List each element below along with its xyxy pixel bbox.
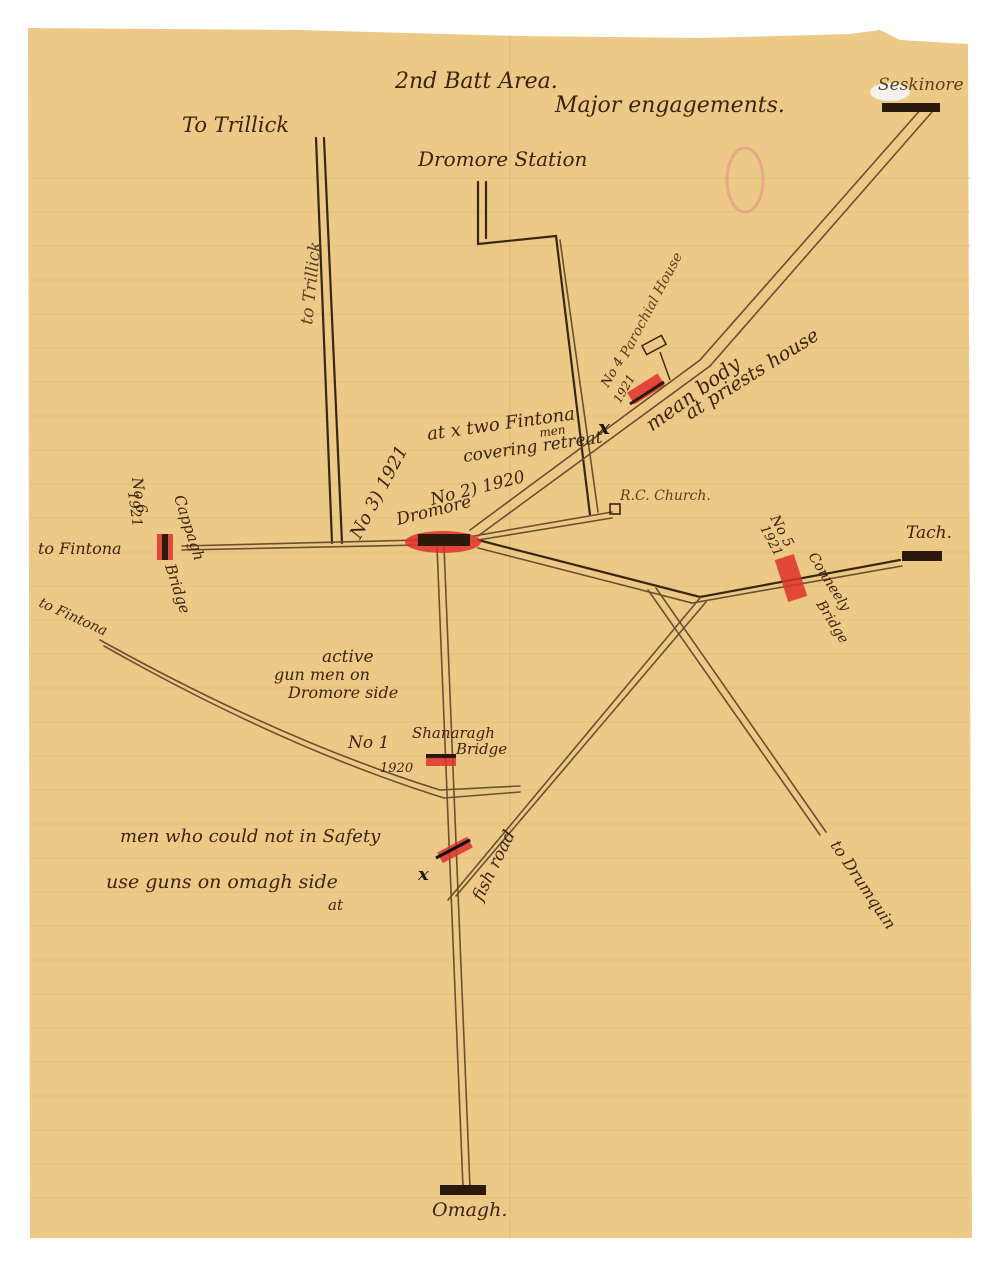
label-seskinore: Seskinore [878, 75, 964, 95]
title-line-1: 2nd Batt Area. [394, 69, 558, 94]
annotation-active-2: gun men on [274, 665, 370, 684]
label-no1-year: 1920 [380, 761, 413, 776]
label-no1-number: No 1 [347, 733, 389, 753]
label-to-trillick: To Trillick [182, 113, 289, 137]
town-bar-seskinore [882, 103, 940, 112]
town-bar-omagh [440, 1185, 486, 1195]
annotation-omagh-side-3: at [328, 896, 344, 914]
title-line-2: Major engagements. [554, 93, 785, 118]
map-sheet: 2nd Batt Area. Major engagements. Seskin… [0, 0, 1000, 1264]
town-bar-tach [902, 551, 942, 561]
annotation-omagh-side-2: use guns on omagh side [106, 871, 338, 893]
cross-marker-omagh: x [417, 864, 429, 885]
label-rc-church: R.C. Church. [619, 488, 711, 504]
label-omagh: Omagh. [432, 1199, 507, 1221]
label-to-fintona-west: to Fintona [38, 539, 122, 558]
annotation-active-1: active [322, 647, 374, 667]
cross-marker-fintona: x [597, 415, 611, 439]
label-tach: Tach. [906, 523, 952, 543]
annotation-omagh-side-1: men who could not in Safety [120, 826, 381, 847]
label-no1-place-b: Bridge [455, 740, 507, 758]
label-dromore-station: Dromore Station [417, 147, 587, 171]
annotation-active-3: Dromore side [287, 683, 398, 702]
town-bar-dromore [418, 534, 470, 546]
